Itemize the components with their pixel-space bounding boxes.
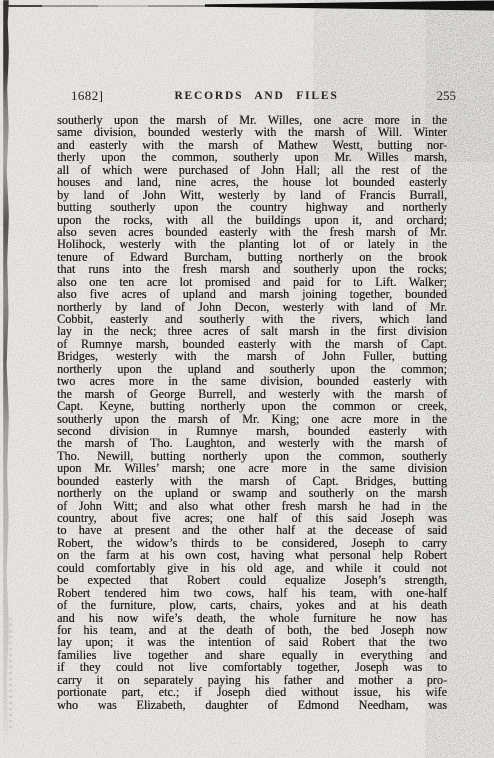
text-line: if they could not live comfortably toget… bbox=[57, 661, 447, 673]
header-page-number: 255 bbox=[437, 88, 457, 104]
header-year: 1682] bbox=[71, 88, 103, 104]
text-line: same division, bounded westerly with the… bbox=[57, 126, 447, 138]
text-line: the marsh of Tho. Laughton, and westerly… bbox=[57, 437, 447, 449]
text-line: lay upon; it was the intention of said R… bbox=[57, 636, 447, 648]
text-line: upon Mr. Willes’ marsh; one acre more in… bbox=[57, 462, 447, 474]
text-line: two acres more in the same division, bou… bbox=[57, 375, 447, 387]
text-line: be expected that Robert could equalize J… bbox=[57, 574, 447, 586]
text-line: that runs into the fresh marsh and south… bbox=[57, 263, 447, 275]
page-body-text: southerly upon the marsh of Mr. Willes, … bbox=[57, 114, 447, 711]
text-line: houses and land, nine acres, the house l… bbox=[57, 176, 447, 188]
page-header: 1682] RECORDS AND FILES 255 bbox=[57, 88, 456, 105]
text-line: Bridges, westerly with the marsh of John… bbox=[57, 350, 447, 362]
text-line: portionate part, etc.; if Joseph died wi… bbox=[57, 686, 447, 698]
text-line: Holihock, westerly with the planting lot… bbox=[57, 238, 447, 250]
text-line: butting southerly upon the country highw… bbox=[57, 201, 447, 213]
text-line: northerly on the upland or swamp and sou… bbox=[57, 487, 447, 499]
header-title: RECORDS AND FILES bbox=[174, 90, 338, 102]
text-line: on the farm at his own cost, having what… bbox=[57, 549, 447, 561]
text-line: Capt. Keyne, butting northerly upon the … bbox=[57, 400, 447, 412]
scan-artifact-top-wedge bbox=[205, 0, 494, 13]
text-line: also five acres of upland and marsh join… bbox=[57, 288, 447, 300]
text-line: therly upon the common, southerly upon M… bbox=[57, 151, 447, 163]
text-line: to have at present and the other half at… bbox=[57, 524, 447, 536]
text-line: who was Elizabeth, daughter of Edmond Ne… bbox=[57, 699, 447, 711]
text-line: lay in the neck; three acres of salt mar… bbox=[57, 325, 447, 337]
scan-artifact-left-bleed bbox=[9, 618, 12, 730]
text-line: of the furniture, plow, carts, chairs, y… bbox=[57, 599, 447, 611]
scan-artifact-top-line bbox=[8, 5, 210, 7]
scanned-page: 1682] RECORDS AND FILES 255 southerly up… bbox=[0, 0, 494, 758]
